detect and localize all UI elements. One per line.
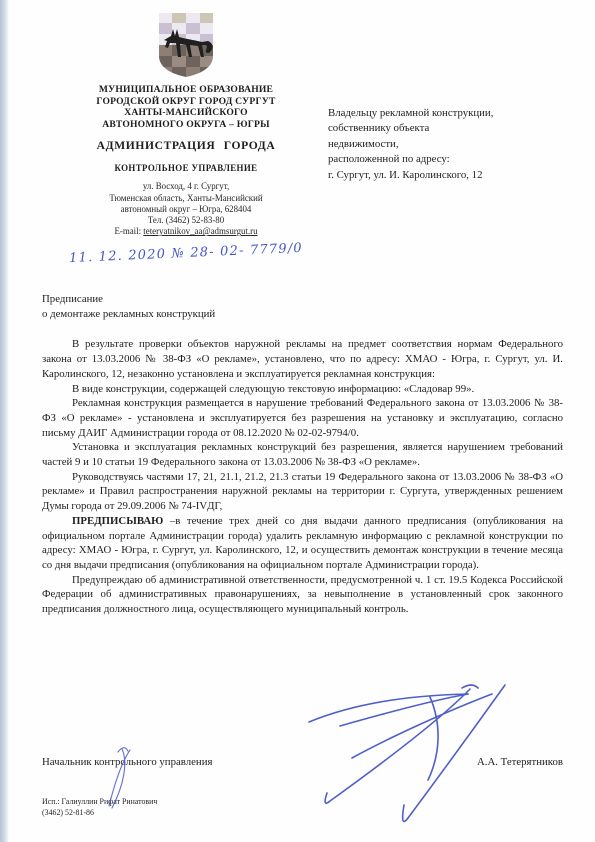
paragraph-predpisyvayu: ПРЕДПИСЫВАЮ –в течение трех дней со дня … xyxy=(42,514,563,573)
executor-block: Исп.: Галиуллин Рифат Ринатович (3462) 5… xyxy=(42,797,157,818)
recipient-line: Владельцу рекламной конструкции, xyxy=(328,106,580,121)
title-line-2: о демонтаже рекламных конструкций xyxy=(42,307,563,322)
paragraph: Предупреждаю об административной ответст… xyxy=(42,573,563,617)
phone-line: Тел. (3462) 52-83-80 xyxy=(42,215,330,226)
email-line: E-mail: teteryatnikov_aa@admsurgut.ru xyxy=(42,226,330,237)
document-title: Предписание о демонтаже рекламных констр… xyxy=(42,292,563,321)
recipient-line: собственнику объекта xyxy=(328,121,580,136)
executor-phone: (3462) 52-81-86 xyxy=(42,808,157,819)
administration-title: АДМИНИСТРАЦИЯ ГОРОДА xyxy=(42,139,330,152)
org-name-line: АВТОНОМНОГО ОКРУГА – ЮГРЫ xyxy=(42,119,330,131)
paragraph: В результате проверки объектов наружной … xyxy=(42,337,563,381)
paragraph: Рекламная конструкция размещается в нару… xyxy=(42,396,563,440)
email-address: teteryatnikov_aa@admsurgut.ru xyxy=(143,226,257,236)
signer-position: Начальник контрольного управления xyxy=(42,756,212,768)
handwritten-date-number: 11. 12. 2020 № 28- 02- 7779/0 xyxy=(42,240,330,268)
recipient-line: г. Сургут, ул. И. Каролинского, 12 xyxy=(328,168,580,183)
recipient-line: расположенной по адресу: xyxy=(328,152,580,167)
org-name-line: МУНИЦИПАЛЬНОЕ ОБРАЗОВАНИЕ xyxy=(42,84,330,96)
recipient-line: недвижимости, xyxy=(328,137,580,152)
contact-block: ул. Восход, 4 г. Сургут, Тюменская облас… xyxy=(42,181,330,237)
department-title: КОНТРОЛЬНОЕ УПРАВЛЕНИЕ xyxy=(42,163,330,173)
paragraph: В виде конструкции, содержащей следующую… xyxy=(42,382,563,397)
address-line: ул. Восход, 4 г. Сургут, xyxy=(42,181,330,192)
letterhead: МУНИЦИПАЛЬНОЕ ОБРАЗОВАНИЕ ГОРОДСКОЙ ОКРУ… xyxy=(42,12,330,261)
paragraph: Установка и эксплуатация рекламных конст… xyxy=(42,440,563,469)
org-name-line: ХАНТЫ-МАНСИЙСКОГО xyxy=(42,107,330,119)
executor-name: Исп.: Галиуллин Рифат Ринатович xyxy=(42,797,157,808)
email-label: E-mail: xyxy=(114,226,141,236)
document-body: Предписание о демонтаже рекламных констр… xyxy=(42,292,563,617)
title-line-1: Предписание xyxy=(42,292,563,307)
paragraph: Руководствуясь частями 17, 21, 21.1, 21.… xyxy=(42,470,563,514)
main-signature-ink xyxy=(309,685,505,821)
scanned-letter-page: МУНИЦИПАЛЬНОЕ ОБРАЗОВАНИЕ ГОРОДСКОЙ ОКРУ… xyxy=(0,0,595,842)
paragraphs: В результате проверки объектов наружной … xyxy=(42,337,563,616)
scanner-edge-artifact xyxy=(0,0,9,842)
predpisyvayu-keyword: ПРЕДПИСЫВАЮ xyxy=(72,515,163,527)
recipient-block: Владельцу рекламной конструкции, собстве… xyxy=(328,106,580,183)
signoff-row: Начальник контрольного управления А.А. Т… xyxy=(42,756,563,768)
org-name-line: ГОРОДСКОЙ ОКРУГ ГОРОД СУРГУТ xyxy=(42,96,330,108)
signer-name: А.А. Тетерятников xyxy=(477,756,563,768)
address-line: Тюменская область, Ханты-Мансийский xyxy=(42,193,330,204)
surgut-coat-of-arms-icon xyxy=(158,12,214,78)
address-line: автономный округ – Югра, 628404 xyxy=(42,204,330,215)
